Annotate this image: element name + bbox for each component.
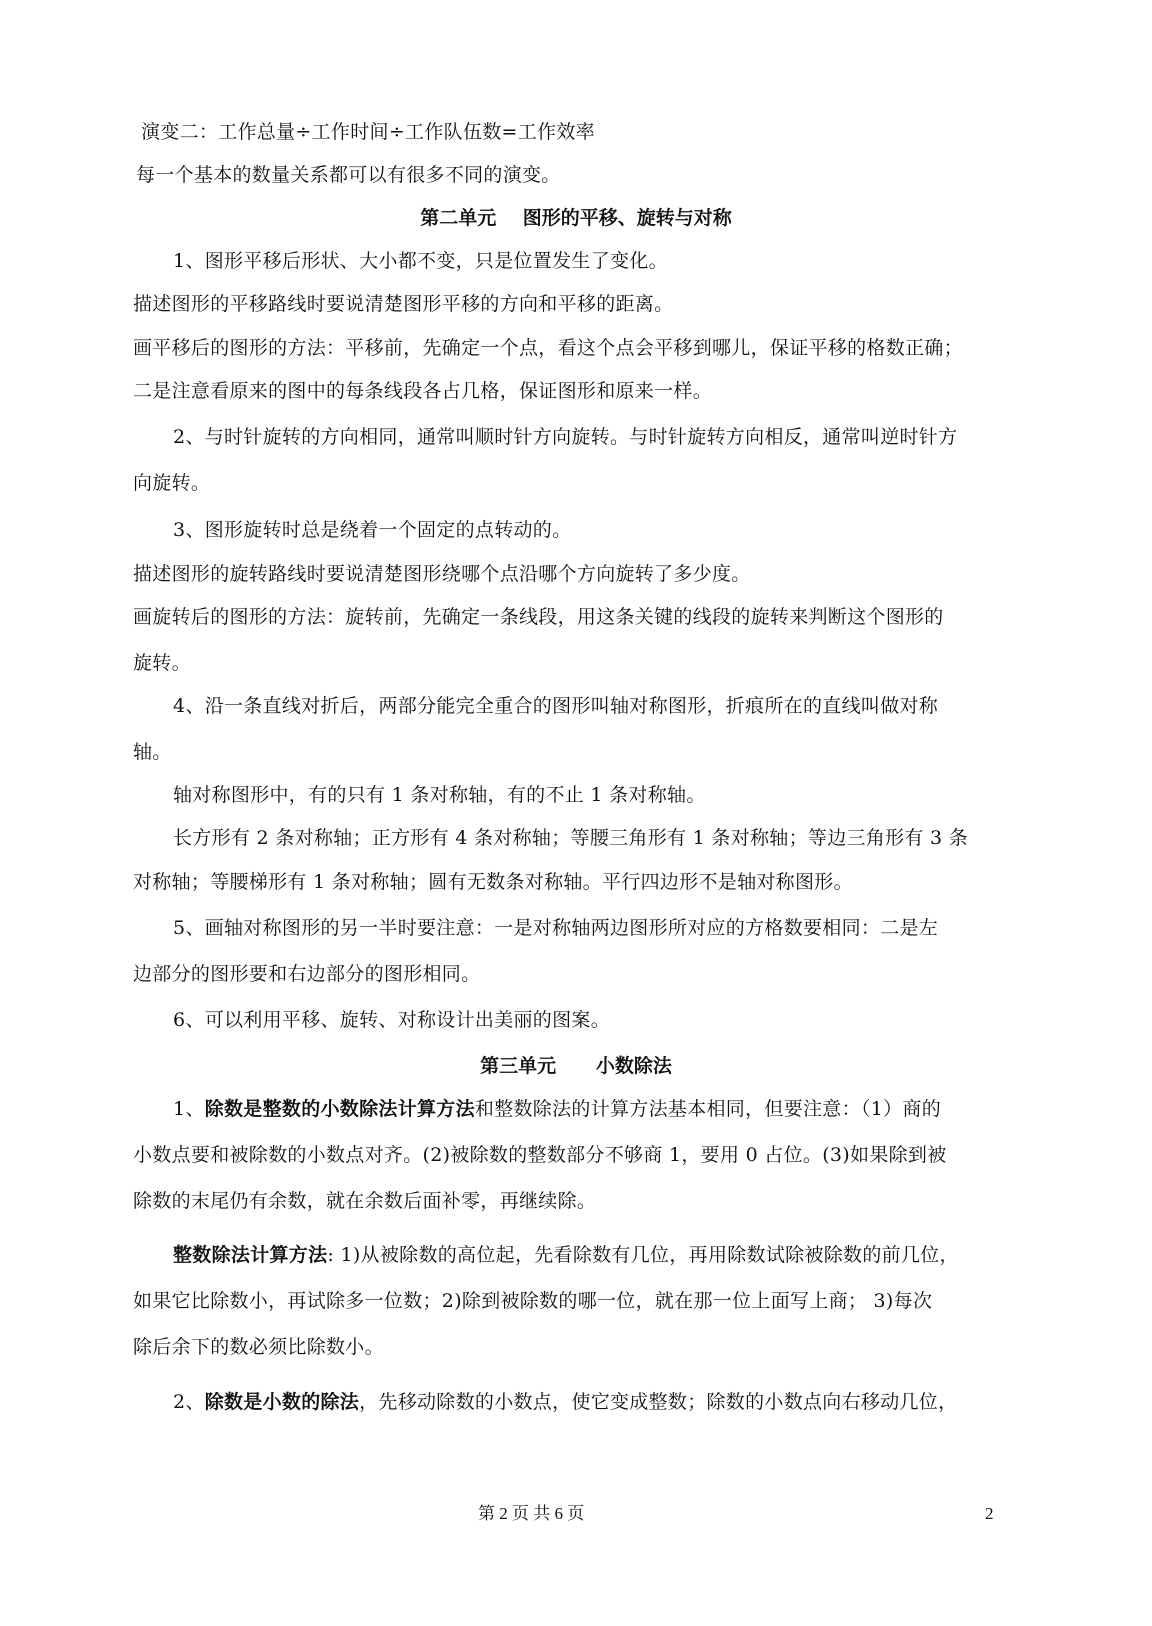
page-number: 2 (985, 1503, 994, 1525)
unit2-line-12: 轴。 (133, 740, 1013, 764)
unit2-line-17: 边部分的图形要和右边部分的图形相同。 (133, 962, 1013, 986)
unit3-p2-line-1: 整数除法计算方法: 1)从被除数的高位起，先看除数有几位，再用除数试除被除数的前… (173, 1243, 1053, 1267)
unit3-p1-bold: 除数是整数的小数除法计算方法 (205, 1098, 475, 1120)
unit2-line-5: 2、与时针旋转的方向相同，通常叫顺时针方向旋转。与时针旋转方向相反，通常叫逆时针… (173, 425, 1053, 449)
unit2-line-6: 向旋转。 (133, 471, 1013, 495)
unit3-p3-prefix: 2、 (173, 1391, 205, 1413)
unit3-heading: 第三单元 小数除法 (0, 1054, 1152, 1078)
unit2-line-7: 3、图形旋转时总是绕着一个固定的点转动的。 (173, 518, 1053, 542)
unit3-p3-bold: 除数是小数的除法 (205, 1391, 359, 1413)
unit2-line-18: 6、可以利用平移、旋转、对称设计出美丽的图案。 (173, 1008, 1053, 1032)
unit3-p1-prefix: 1、 (173, 1098, 205, 1120)
unit3-p1-rest: 和整数除法的计算方法基本相同，但要注意：（1）商的 (475, 1098, 941, 1120)
unit2-line-1: 1、图形平移后形状、大小都不变，只是位置发生了变化。 (173, 249, 1053, 273)
unit3-p3-rest: ，先移动除数的小数点，使它变成整数；除数的小数点向右移动几位， (359, 1391, 957, 1413)
document-page: 演变二：工作总量÷工作时间÷工作队伍数=工作效率 每一个基本的数量关系都可以有很… (0, 0, 1152, 1626)
unit2-line-14: 长方形有 2 条对称轴；正方形有 4 条对称轴；等腰三角形有 1 条对称轴；等边… (173, 826, 1053, 850)
unit2-line-10: 旋转。 (133, 651, 1013, 675)
unit3-p2-rest: : 1)从被除数的高位起，先看除数有几位，再用除数试除被除数的前几位， (327, 1244, 958, 1266)
unit2-line-9: 画旋转后的图形的方法：旋转前，先确定一条线段，用这条关键的线段的旋转来判断这个图… (133, 605, 1013, 629)
unit2-line-3: 画平移后的图形的方法：平移前，先确定一个点，看这个点会平移到哪儿，保证平移的格数… (133, 336, 1013, 360)
unit2-line-15: 对称轴；等腰梯形有 1 条对称轴；圆有无数条对称轴。平行四边形不是轴对称图形。 (133, 870, 1013, 894)
unit2-line-11: 4、沿一条直线对折后，两部分能完全重合的图形叫轴对称图形，折痕所在的直线叫做对称 (173, 694, 1053, 718)
unit2-line-16: 5、画轴对称图形的另一半时要注意：一是对称轴两边图形所对应的方格数要相同：二是左 (173, 916, 1053, 940)
unit2-line-2: 描述图形的平移路线时要说清楚图形平移的方向和平移的距离。 (133, 292, 1013, 316)
variant-two-formula: 演变二：工作总量÷工作时间÷工作队伍数=工作效率 (141, 120, 1021, 144)
unit2-line-13: 轴对称图形中，有的只有 1 条对称轴，有的不止 1 条对称轴。 (173, 783, 1053, 807)
unit2-heading: 第二单元 图形的平移、旋转与对称 (0, 206, 1152, 230)
unit3-p2-bold: 整数除法计算方法 (173, 1244, 327, 1266)
variant-note: 每一个基本的数量关系都可以有很多不同的演变。 (136, 163, 1016, 187)
page-footer-label: 第 2 页 共 6 页 (478, 1503, 584, 1525)
unit3-p2-line-3: 除后余下的数必须比除数小。 (133, 1335, 1013, 1359)
unit2-line-8: 描述图形的旋转路线时要说清楚图形绕哪个点沿哪个方向旋转了多少度。 (133, 562, 1013, 586)
unit3-p3-line-1: 2、除数是小数的除法，先移动除数的小数点，使它变成整数；除数的小数点向右移动几位… (173, 1390, 1053, 1414)
unit3-p1-line-1: 1、除数是整数的小数除法计算方法和整数除法的计算方法基本相同，但要注意：（1）商… (173, 1097, 1053, 1121)
unit3-p2-line-2: 如果它比除数小，再试除多一位数；2)除到被除数的哪一位，就在那一位上面写上商； … (133, 1289, 1013, 1313)
unit3-p1-line-2: 小数点要和被除数的小数点对齐。(2)被除数的整数部分不够商 1，要用 0 占位。… (133, 1143, 1013, 1167)
unit2-line-4: 二是注意看原来的图中的每条线段各占几格，保证图形和原来一样。 (133, 379, 1013, 403)
unit3-p1-line-3: 除数的末尾仍有余数，就在余数后面补零，再继续除。 (133, 1189, 1013, 1213)
